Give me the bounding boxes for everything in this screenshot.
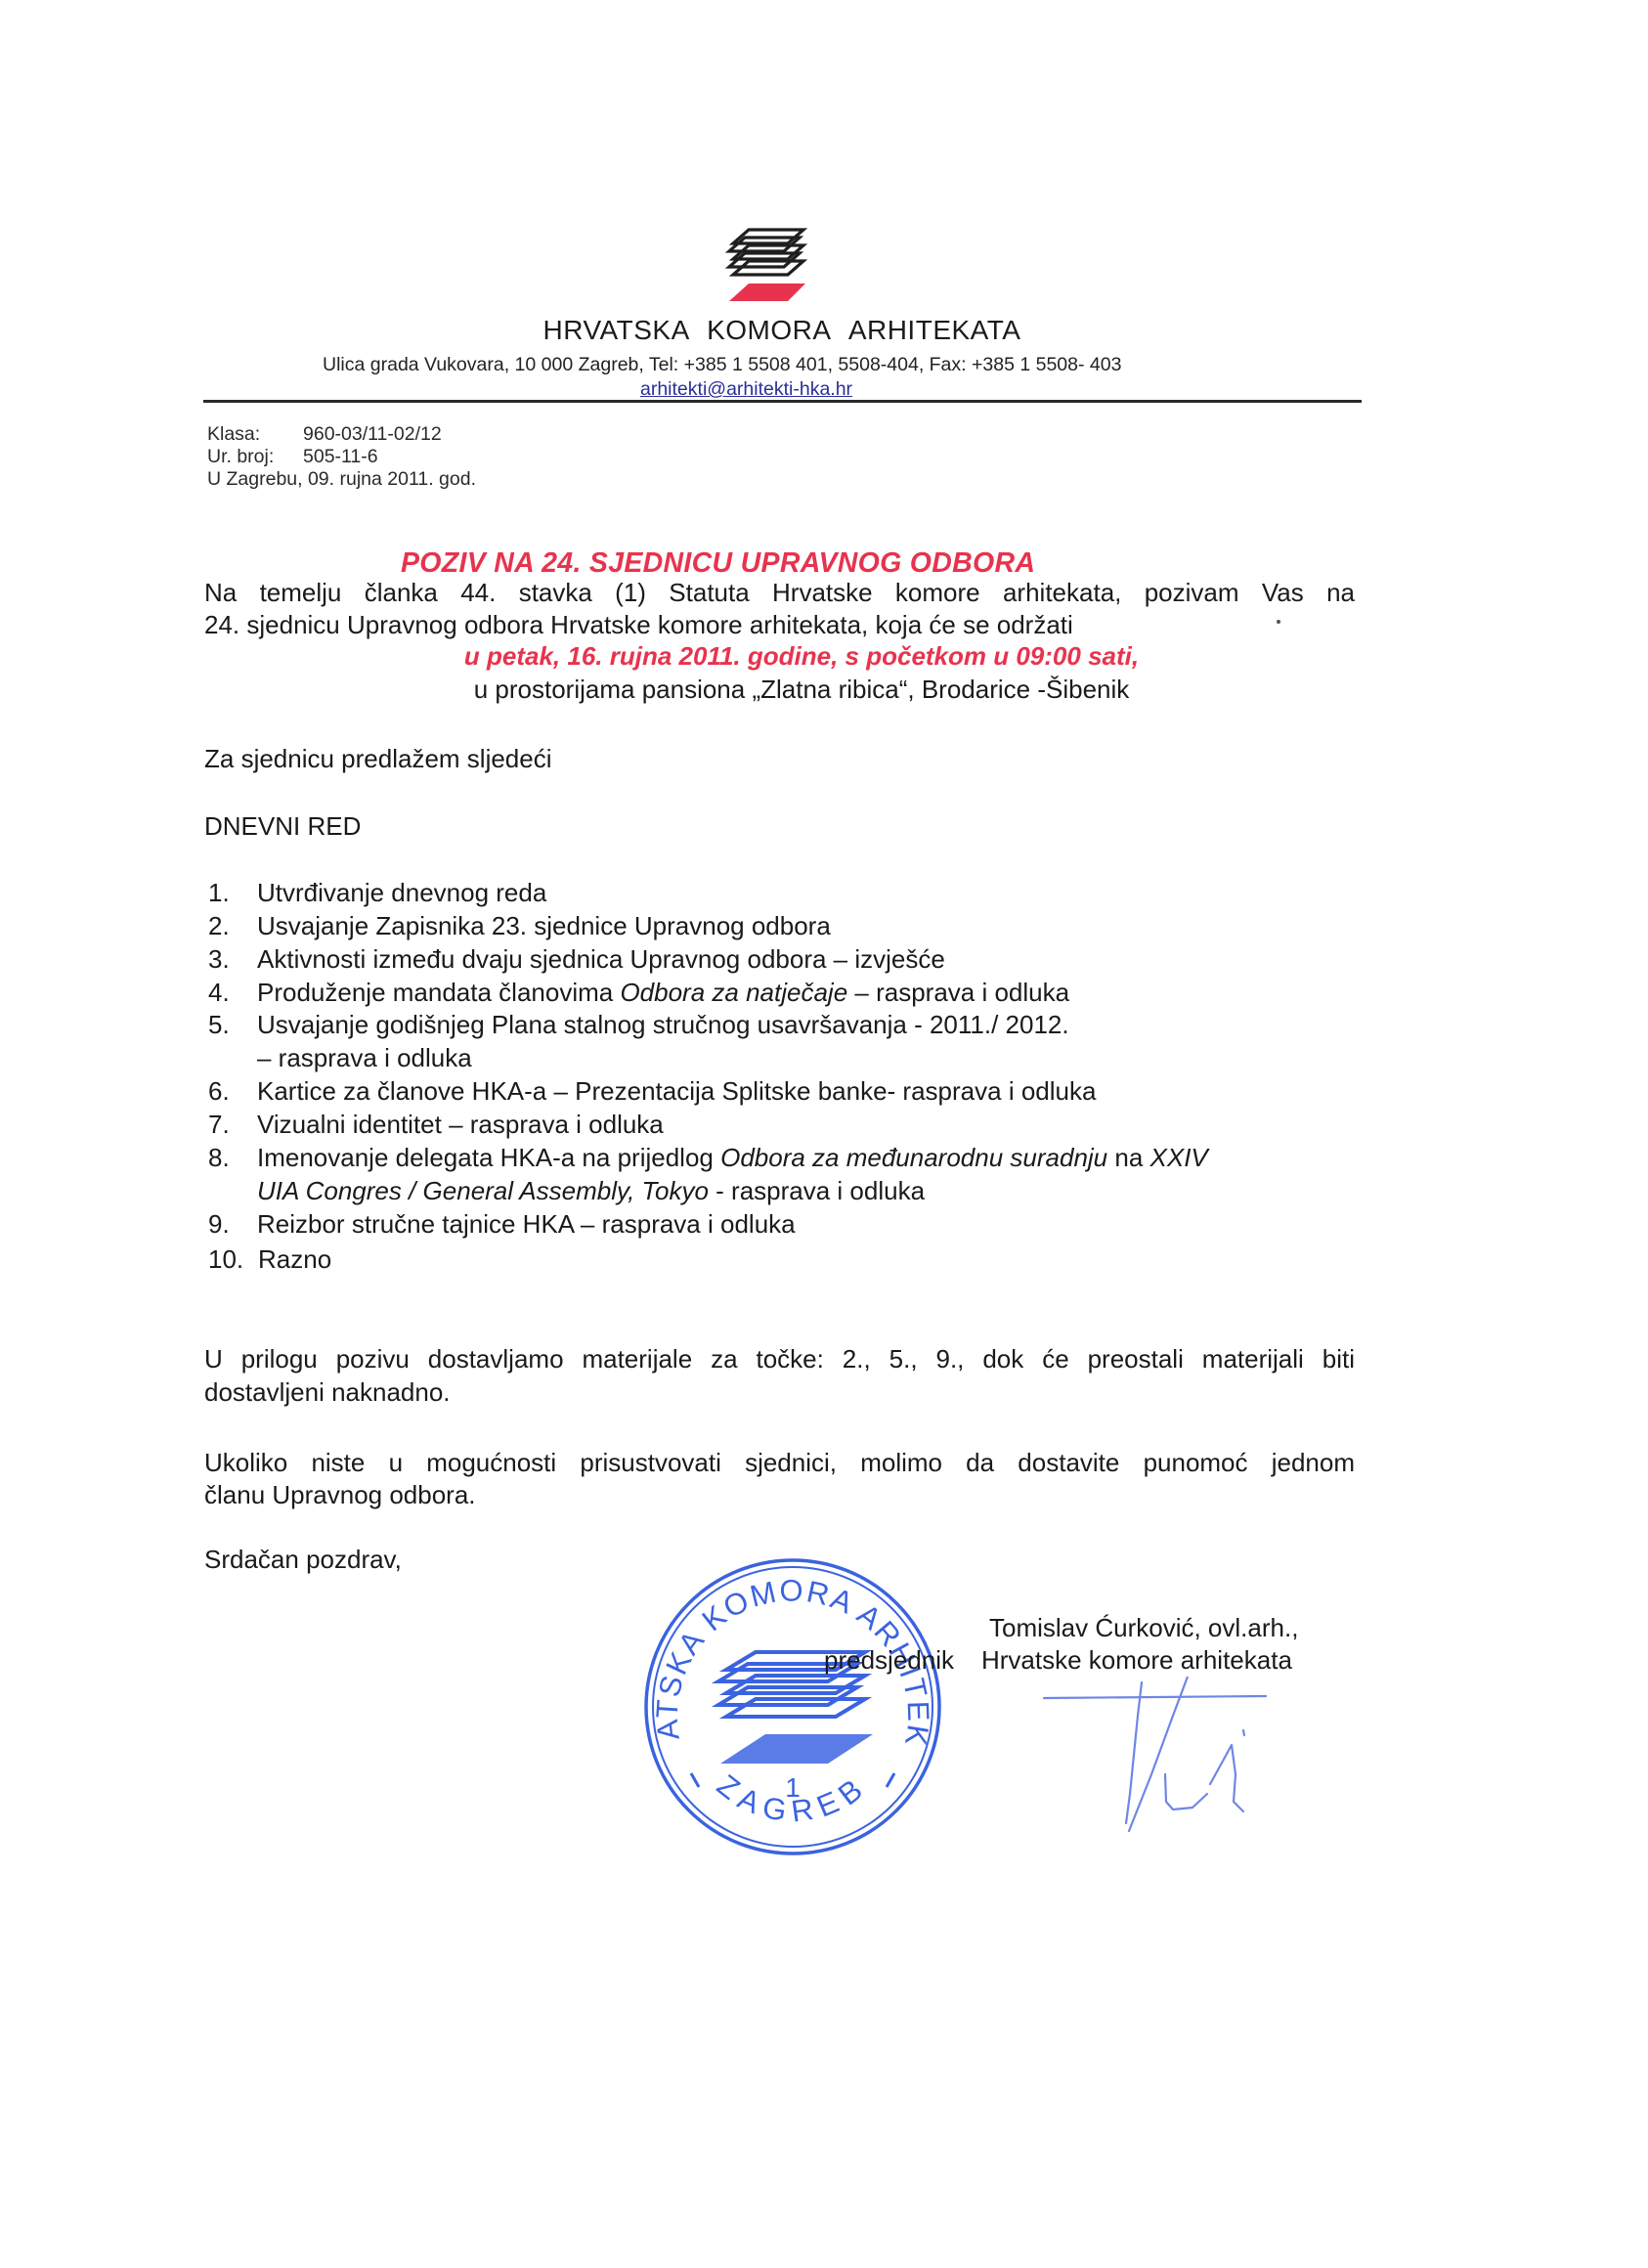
- scan-artifact-dot: [1277, 620, 1280, 624]
- handwritten-signature-icon: [1036, 1677, 1271, 1843]
- meeting-datetime: u petak, 16. rujna 2011. godine, s počet…: [0, 641, 1583, 672]
- proposal-line: Za sjednicu predlažem sljedeći: [204, 744, 552, 774]
- organization-name: HRVATSKA KOMORA ARHITEKATA: [0, 315, 1564, 346]
- intro-line-2: 24. sjednicu Upravnog odbora Hrvatske ko…: [204, 610, 1073, 640]
- agenda-heading: DNEVNI RED: [204, 811, 361, 842]
- urbroj-row: Ur. broj:505-11-6: [207, 446, 378, 468]
- place-date: U Zagrebu, 09. rujna 2011. god.: [207, 468, 476, 491]
- klasa-value: 960-03/11-02/12: [303, 423, 442, 445]
- meeting-venue: u prostorijama pansiona „Zlatna ribica“,…: [0, 675, 1583, 705]
- svg-text:1: 1: [785, 1772, 801, 1803]
- intro-line-1: Na temelju članka 44. stavka (1) Statuta…: [204, 578, 1355, 608]
- attachments-line-2: dostavljeni naknadno.: [204, 1377, 451, 1408]
- klasa-label: Klasa:: [207, 423, 303, 446]
- urbroj-value: 505-11-6: [303, 446, 378, 467]
- urbroj-label: Ur. broj:: [207, 446, 303, 468]
- organization-address: Ulica grada Vukovara, 10 000 Zagreb, Tel…: [323, 354, 1121, 376]
- email-link[interactable]: arhitekti@arhitekti-hka.hr: [640, 378, 852, 401]
- header-divider: [203, 400, 1362, 403]
- official-stamp-icon: HRVATSKA KOMORA ARHITEKATA ZAGREB 1: [640, 1554, 945, 1859]
- signatory-role-prefix: predsjednik: [824, 1645, 954, 1676]
- proxy-line-1: Ukoliko niste u mogućnosti prisustvovati…: [204, 1448, 1355, 1478]
- signatory-name: Tomislav Ćurković, ovl.arh.,: [989, 1613, 1298, 1643]
- document-title: POZIV NA 24. SJEDNICU UPRAVNOG ODBORA: [401, 547, 1035, 580]
- signatory-role: Hrvatske komore arhitekata: [981, 1645, 1292, 1676]
- closing-greeting: Srdačan pozdrav,: [204, 1545, 402, 1575]
- attachments-line-1: U prilogu pozivu dostavljamo materijale …: [204, 1344, 1355, 1374]
- klasa-row: Klasa:960-03/11-02/12: [207, 423, 442, 446]
- proxy-line-2: članu Upravnog odbora.: [204, 1480, 476, 1510]
- hka-logo-icon: [712, 227, 809, 305]
